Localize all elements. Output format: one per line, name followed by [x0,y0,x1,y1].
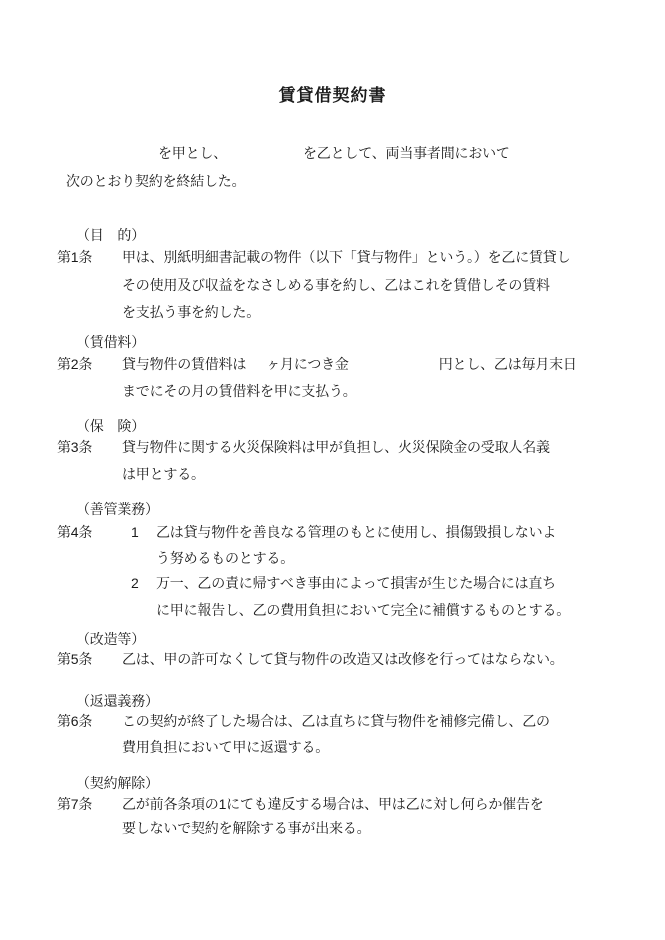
article-5-heading: （改造等） [0,629,665,649]
article-5-number: 第5条 [57,649,92,669]
article-4-heading-text: （善管業務） [76,499,159,519]
article-2-body-1b: ヶ月につき金 [266,356,349,372]
article-4-item-2-number: 2 [131,573,139,593]
article-4-line-2: う努めるものとする。 [0,548,665,568]
preamble-lessee-text: を乙として、両当事者間において [303,145,510,161]
article-4-heading: （善管業務） [0,499,665,519]
article-5-body-1: 乙は、甲の許可なくして貸与物件の改造又は改修を行ってはならない。 [122,649,564,669]
article-7-heading: （契約解除） [0,773,665,793]
article-4-item-1-number: 1 [131,522,139,542]
preamble-lessor-text: を甲とし、 [158,145,227,161]
article-4-line-4: に甲に報告し、乙の費用負担において完全に補償するものとする。 [0,600,665,620]
preamble-line-1-text: を甲とし、を乙として、両当事者間において [66,143,510,163]
preamble-line-1: を甲とし、を乙として、両当事者間において [0,143,665,163]
article-3-line-2: は甲とする。 [0,464,665,484]
article-6-body-2: 費用負担において甲に返還する。 [122,737,329,757]
article-2-heading: （賃借料） [0,332,665,352]
contract-document-page: 賃貸借契約書 を甲とし、を乙として、両当事者間において 次のとおり契約を終結した… [0,0,665,940]
article-4-item-1-body-1: 乙は貸与物件を善良なる管理のもとに使用し、損傷毀損しないよ [156,522,556,542]
preamble-line-2: 次のとおり契約を終結した。 [0,171,665,191]
article-5-heading-text: （改造等） [76,629,145,649]
article-1-line-2: その使用及び収益をなさしめる事を約し、乙はこれを賃借しその賃料 [0,275,665,295]
article-4-line-3: 2 万一、乙の責に帰すべき事由によって損害が生じた場合には直ち [0,573,665,593]
article-5-line-1: 第5条 乙は、甲の許可なくして貸与物件の改造又は改修を行ってはならない。 [0,649,665,669]
article-6-number: 第6条 [57,711,92,731]
article-2-number: 第2条 [57,354,92,374]
article-3-body-1: 貸与物件に関する火災保険料は甲が負担し、火災保険金の受取人名義 [122,437,550,457]
preamble-line-2-text: 次のとおり契約を終結した。 [66,171,245,191]
article-3-number: 第3条 [57,437,92,457]
article-7-number: 第7条 [57,794,92,814]
article-1-heading: （目 的） [0,225,665,245]
article-4-item-2-body-1: 万一、乙の責に帰すべき事由によって損害が生じた場合には直ち [156,573,556,593]
article-6-heading: （返還義務） [0,691,665,711]
rent-amount-blank [349,368,439,369]
article-7-body-1: 乙が前各条項の1にても違反する場合は、甲は乙に対し何らか催告を [122,794,544,814]
article-1-line-3: を支払う事を約した。 [0,302,665,322]
article-4-item-2-body-2: に甲に報告し、乙の費用負担において完全に補償するものとする。 [156,600,570,620]
article-4-item-1-body-2: う努めるものとする。 [156,548,294,568]
article-3-body-2: は甲とする。 [122,464,205,484]
article-2-heading-text: （賃借料） [76,332,145,352]
article-3-heading: （保 険） [0,416,665,436]
article-1-heading-text: （目 的） [76,225,145,245]
article-2-line-1: 第2条 貸与物件の賃借料はヶ月につき金円とし、乙は毎月末日 [0,354,665,374]
article-6-body-1: この契約が終了した場合は、乙は直ちに貸与物件を補修完備し、乙の [122,711,550,731]
article-7-line-1: 第7条 乙が前各条項の1にても違反する場合は、甲は乙に対し何らか催告を [0,794,665,814]
article-2-line-2: までにその月の賃借料を甲に支払う。 [0,381,665,401]
article-1-number: 第1条 [57,247,92,267]
article-1-line-1: 第1条 甲は、別紙明細書記載の物件（以下「貸与物件」という。）を乙に賃貸し [0,247,665,267]
article-2-body-1c: 円とし、乙は毎月末日 [439,356,577,372]
article-2-body-1a: 貸与物件の賃借料は [122,356,246,372]
article-1-body-2: その使用及び収益をなさしめる事を約し、乙はこれを賃借しその賃料 [122,275,550,295]
article-4-line-1: 第4条 1 乙は貸与物件を善良なる管理のもとに使用し、損傷毀損しないよ [0,522,665,542]
article-2-body-2: までにその月の賃借料を甲に支払う。 [122,381,357,401]
lessee-name-blank [227,157,303,158]
article-6-line-2: 費用負担において甲に返還する。 [0,737,665,757]
article-3-heading-text: （保 険） [76,416,145,436]
document-title: 賃貸借契約書 [0,86,665,106]
article-3-line-1: 第3条 貸与物件に関する火災保険料は甲が負担し、火災保険金の受取人名義 [0,437,665,457]
article-2-body-1: 貸与物件の賃借料はヶ月につき金円とし、乙は毎月末日 [122,354,577,374]
article-6-line-1: 第6条 この契約が終了した場合は、乙は直ちに貸与物件を補修完備し、乙の [0,711,665,731]
article-7-line-2: 要しないで契約を解除する事が出来る。 [0,818,665,838]
article-1-body-3: を支払う事を約した。 [122,302,260,322]
article-7-heading-text: （契約解除） [76,773,159,793]
article-4-number: 第4条 [57,522,92,542]
article-6-heading-text: （返還義務） [76,691,159,711]
article-7-body-2: 要しないで契約を解除する事が出来る。 [122,818,370,838]
months-count-blank [246,368,266,369]
lessor-name-blank [66,157,158,158]
article-1-body-1: 甲は、別紙明細書記載の物件（以下「貸与物件」という。）を乙に賃貸し [122,247,570,267]
